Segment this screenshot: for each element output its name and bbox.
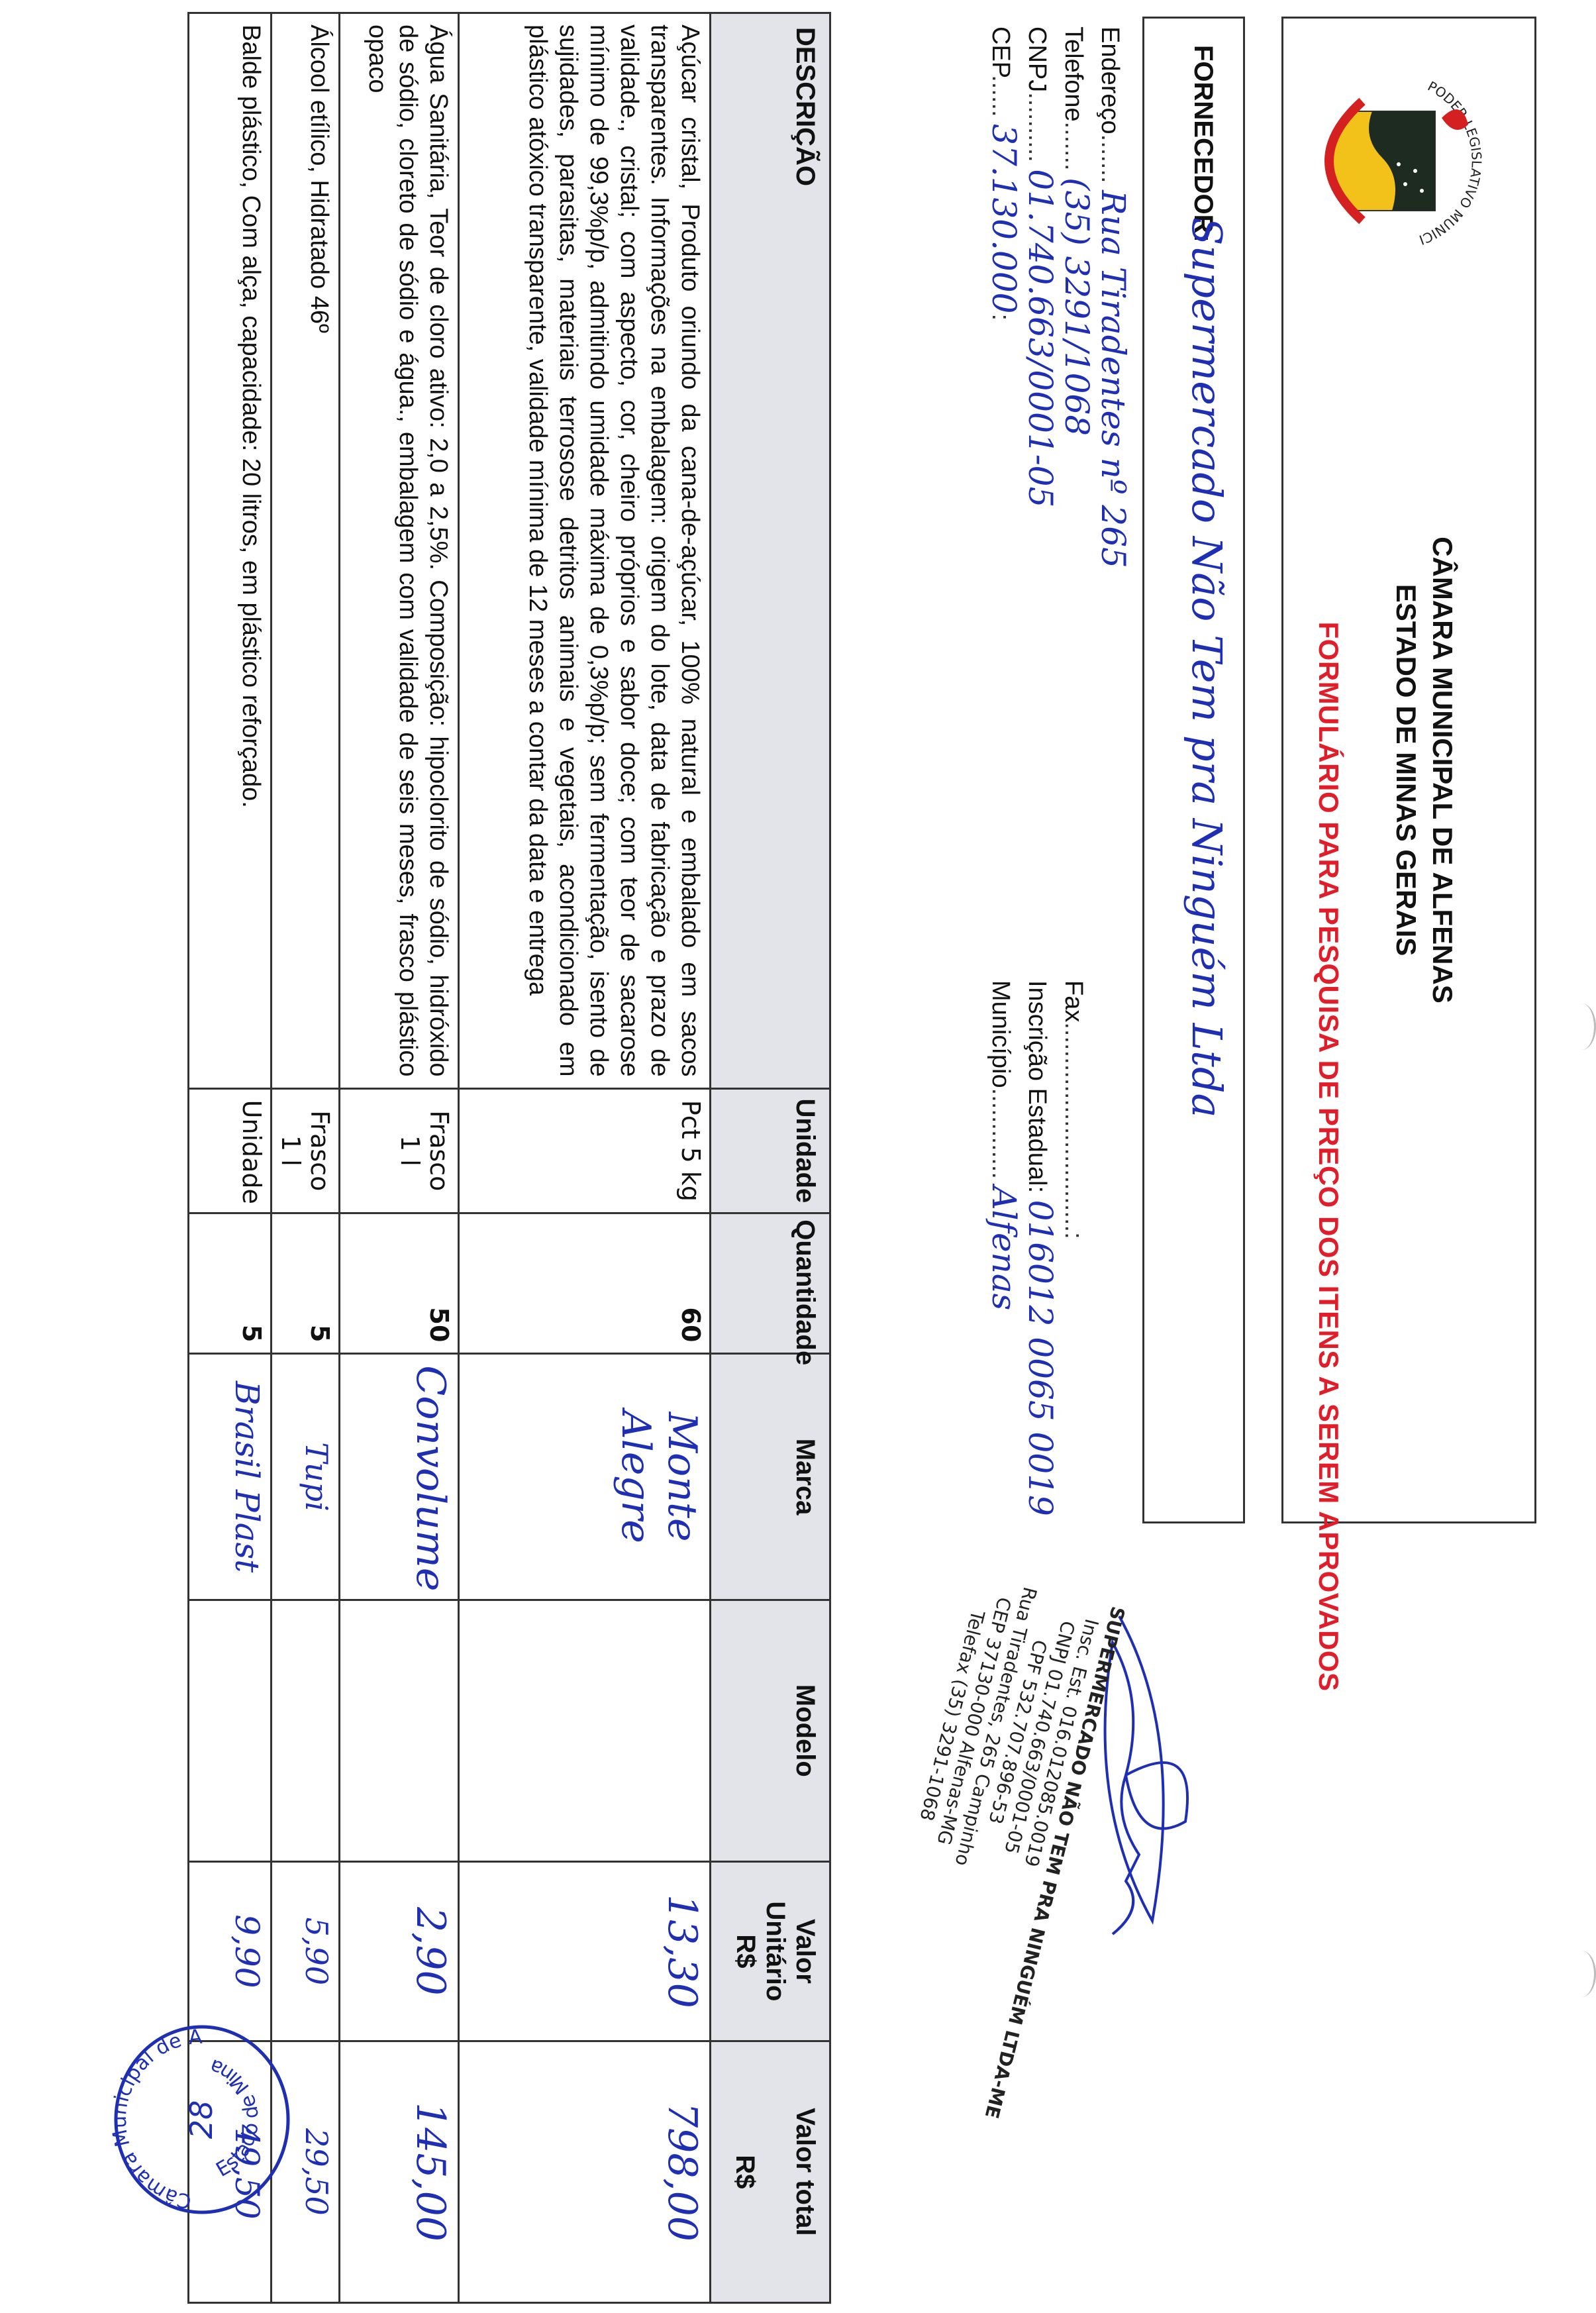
- row-brand: Monte Alegre: [613, 1410, 705, 1543]
- row-unit-price: 13,30: [659, 1894, 705, 2008]
- supplier-label: FORNECEDOR:: [1188, 45, 1218, 242]
- row-brand: Brasil Plast: [228, 1381, 266, 1572]
- seal-number: 28: [183, 2100, 219, 2139]
- cnpj-field[interactable]: 01.740.663/0001-05: [1021, 169, 1060, 507]
- institution-title: CÂMARA MUNICIPAL DE ALFENAS: [1426, 19, 1458, 1521]
- row-unit-price: 2,90: [407, 1907, 454, 1996]
- supplier-box: FORNECEDOR: Supermercado Não Tem pra Nin…: [1142, 17, 1245, 1523]
- items-table: DESCRIÇÃO Unidade Quantidade Marca Model…: [187, 12, 831, 2304]
- row-quantity: 5: [272, 1213, 340, 1354]
- row-brand-cell[interactable]: Monte Alegre: [459, 1354, 711, 1600]
- column-header-quantity: Quantidade: [711, 1213, 830, 1354]
- phone-row: Telefone....... (35) 3291/1068: [1058, 26, 1096, 436]
- table-row: Açúcar cristal, Produto oriundo da cana-…: [459, 13, 711, 2303]
- row-description: Açúcar cristal, Produto oriundo da cana-…: [459, 13, 711, 1089]
- price-survey-form-page: PODER LEGISLATIVO MUNICIPAL CÂMARA MUNIC…: [0, 0, 1596, 2313]
- row-total-price-cell[interactable]: 145,00: [340, 2041, 459, 2302]
- punch-hole: [1568, 1003, 1596, 1050]
- table-row: Balde plástico, Com alça, capacidade: 20…: [189, 13, 272, 2303]
- row-total-price: 145,00: [407, 2102, 454, 2241]
- total-price-header-currency: R$: [730, 2047, 760, 2296]
- row-total-price-cell[interactable]: 798,00: [459, 2041, 711, 2302]
- row-unit: Frasco 1 l: [340, 1088, 459, 1213]
- table-row: Água Sanitária, Teor de cloro ativo: 2,0…: [340, 13, 459, 2303]
- row-brand-cell[interactable]: Convolume: [340, 1354, 459, 1600]
- unit-price-header-line1: Valor: [790, 1868, 820, 2035]
- supplier-name-field[interactable]: Supermercado Não Tem pra Ninguém Ltda: [1183, 217, 1231, 1118]
- address-row: Endereço....... Rua Tiradentes nº 265: [1094, 26, 1132, 568]
- municipality-label: Município: [987, 980, 1015, 1088]
- column-header-unit: Unidade: [711, 1088, 830, 1213]
- row-unit-price: 5,90: [299, 1918, 334, 1985]
- unit-price-header-line2: Unitário: [760, 1868, 790, 2035]
- row-total-price: 798,00: [659, 2102, 705, 2241]
- row-unit-price-cell[interactable]: 9,90: [189, 1861, 272, 2041]
- cep-label: CEP: [987, 26, 1015, 75]
- fax-row: Fax..............................:: [1058, 980, 1096, 1239]
- state-registration-label: Inscrição Estadual:: [1023, 980, 1051, 1193]
- official-seal-stamp: Câmara Municipal de Alfenas Estado de Mi…: [103, 2020, 301, 2219]
- row-unit-price-cell[interactable]: 5,90: [272, 1861, 340, 2041]
- column-header-total-price: Valor total R$: [711, 2041, 830, 2302]
- address-label: Endereço: [1096, 26, 1124, 134]
- state-registration-row: Inscrição Estadual: 016012 0065 0019: [1021, 980, 1060, 1516]
- row-unit: Unidade: [189, 1088, 272, 1213]
- row-total-price: 29,50: [299, 2128, 334, 2216]
- row-description: Água Sanitária, Teor de cloro ativo: 2,0…: [340, 13, 459, 1089]
- phone-field[interactable]: (35) 3291/1068: [1058, 178, 1096, 436]
- column-header-brand: Marca: [711, 1354, 830, 1600]
- state-registration-field[interactable]: 016012 0065 0019: [1021, 1200, 1060, 1516]
- row-model-cell[interactable]: [189, 1600, 272, 1861]
- punch-hole: [1568, 1951, 1596, 1997]
- row-model-cell[interactable]: [272, 1600, 340, 1861]
- column-header-description: DESCRIÇÃO: [711, 13, 830, 1089]
- column-header-unit-price: Valor Unitário R$: [711, 1861, 830, 2041]
- row-unit: Pct 5 kg: [459, 1088, 711, 1213]
- phone-label: Telefone: [1060, 26, 1087, 122]
- row-description: Balde plástico, Com alça, capacidade: 20…: [189, 13, 272, 1089]
- total-price-header-line1: Valor total: [790, 2047, 820, 2296]
- row-quantity: 60: [459, 1213, 711, 1354]
- municipality-field[interactable]: Alfenas: [985, 1186, 1023, 1310]
- row-unit-price: 9,90: [228, 1914, 266, 1988]
- row-quantity: 5: [189, 1213, 272, 1354]
- row-unit: Frasco 1 l: [272, 1088, 340, 1213]
- table-row: Álcool etílico, Hidratado 46º Frasco 1 l…: [272, 13, 340, 2303]
- form-title: FORMULÁRIO PARA PESQUISA DE PREÇO DOS IT…: [1313, 0, 1344, 2313]
- cnpj-label: CNPJ: [1023, 26, 1051, 92]
- spacer: [760, 2047, 790, 2296]
- state-title: ESTADO DE MINAS GERAIS: [1390, 19, 1422, 1521]
- row-brand: Convolume: [407, 1365, 454, 1591]
- address-field[interactable]: Rua Tiradentes nº 265: [1094, 190, 1132, 568]
- unit-price-header-currency: R$: [730, 1868, 760, 2035]
- row-brand-cell[interactable]: Tupi: [272, 1354, 340, 1600]
- row-brand: Tupi: [299, 1442, 334, 1511]
- row-brand-cell[interactable]: Brasil Plast: [189, 1354, 272, 1600]
- row-model-cell[interactable]: [340, 1600, 459, 1861]
- fax-label: Fax: [1060, 980, 1087, 1022]
- row-quantity: 50: [340, 1213, 459, 1354]
- row-unit-price-cell[interactable]: 2,90: [340, 1861, 459, 2041]
- column-header-model: Modelo: [711, 1600, 830, 1861]
- row-description: Álcool etílico, Hidratado 46º: [272, 13, 340, 1089]
- row-model-cell[interactable]: [459, 1600, 711, 1861]
- cnpj-row: CNPJ.......... 01.740.663/0001-05: [1021, 26, 1060, 507]
- row-unit-price-cell[interactable]: 13,30: [459, 1861, 711, 2041]
- cep-field[interactable]: 37.130.000: [985, 124, 1023, 313]
- table-header-row: DESCRIÇÃO Unidade Quantidade Marca Model…: [711, 13, 830, 2303]
- municipality-row: Município............. Alfenas: [985, 980, 1023, 1310]
- cep-row: CEP...... 37.130.000:: [985, 26, 1023, 321]
